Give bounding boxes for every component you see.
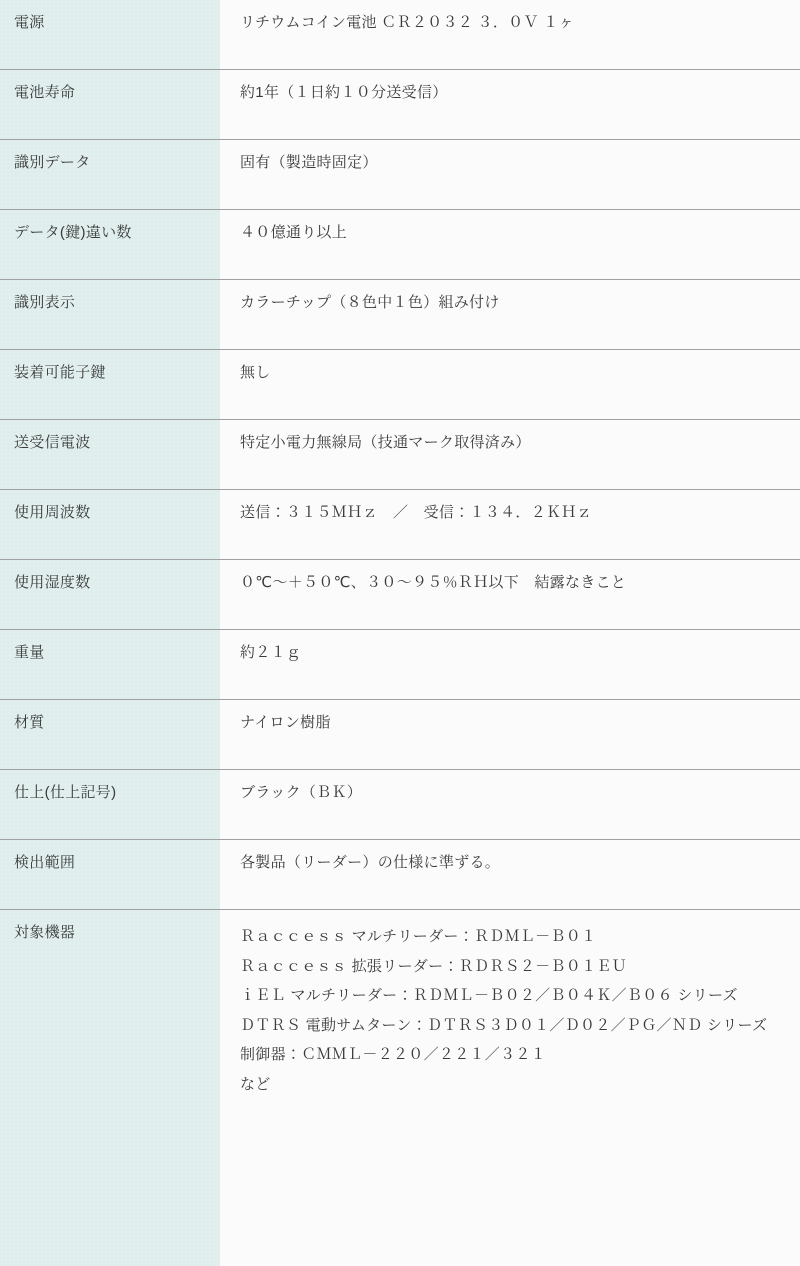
spec-value: 約1年（１日約１０分送受信） xyxy=(220,70,800,139)
spec-row-frequency: 使用周波数 送信：３１５ＭＨｚ ／ 受信：１３４．２ＫＨｚ xyxy=(0,490,800,560)
spec-table: 電源 リチウムコイン電池 ＣＲ２０３２ ３．０Ｖ １ヶ 電池寿命 約1年（１日約… xyxy=(0,0,800,1266)
spec-value: 固有（製造時固定） xyxy=(220,140,800,209)
spec-value: ナイロン樹脂 xyxy=(220,700,800,769)
spec-row-battery-life: 電池寿命 約1年（１日約１０分送受信） xyxy=(0,70,800,140)
spec-label: データ(鍵)違い数 xyxy=(0,210,220,279)
spec-row-target-devices: 対象機器 Ｒａｃｃｅｓｓ マルチリーダー：ＲＤＭＬ－Ｂ０１ Ｒａｃｃｅｓｓ 拡張… xyxy=(0,910,800,1266)
spec-label: 仕上(仕上記号) xyxy=(0,770,220,839)
spec-row-id-data: 識別データ 固有（製造時固定） xyxy=(0,140,800,210)
spec-value: ブラック（ＢＫ） xyxy=(220,770,800,839)
spec-value: 無し xyxy=(220,350,800,419)
spec-row-humidity: 使用湿度数 ０℃～＋５０℃、３０～９５％ＲＨ以下 結露なきこと xyxy=(0,560,800,630)
spec-value: 特定小電力無線局（技通マーク取得済み） xyxy=(220,420,800,489)
spec-value-line: Ｒａｃｃｅｓｓ マルチリーダー：ＲＤＭＬ－Ｂ０１ xyxy=(240,922,778,952)
spec-label: 使用湿度数 xyxy=(0,560,220,629)
spec-value-line: Ｒａｃｃｅｓｓ 拡張リーダー：ＲＤＲＳ２－Ｂ０１ＥＵ xyxy=(240,952,778,982)
spec-label: 識別データ xyxy=(0,140,220,209)
spec-row-detection-range: 検出範囲 各製品（リーダー）の仕様に準ずる。 xyxy=(0,840,800,910)
spec-value-multiline: Ｒａｃｃｅｓｓ マルチリーダー：ＲＤＭＬ－Ｂ０１ Ｒａｃｃｅｓｓ 拡張リーダー：… xyxy=(220,910,800,1266)
spec-label: 電池寿命 xyxy=(0,70,220,139)
spec-row-finish: 仕上(仕上記号) ブラック（ＢＫ） xyxy=(0,770,800,840)
spec-value-line: 制御器：ＣＭＭＬ－２２０／２２１／３２１ xyxy=(240,1040,778,1070)
spec-label: 使用周波数 xyxy=(0,490,220,559)
spec-label: 重量 xyxy=(0,630,220,699)
spec-label: 識別表示 xyxy=(0,280,220,349)
spec-row-key-combinations: データ(鍵)違い数 ４０億通り以上 xyxy=(0,210,800,280)
spec-row-attachable-subkey: 装着可能子鍵 無し xyxy=(0,350,800,420)
spec-row-power: 電源 リチウムコイン電池 ＣＲ２０３２ ３．０Ｖ １ヶ xyxy=(0,0,800,70)
spec-value: ４０億通り以上 xyxy=(220,210,800,279)
spec-label: 材質 xyxy=(0,700,220,769)
spec-value: 各製品（リーダー）の仕様に準ずる。 xyxy=(220,840,800,909)
spec-row-radio-wave: 送受信電波 特定小電力無線局（技通マーク取得済み） xyxy=(0,420,800,490)
spec-row-material: 材質 ナイロン樹脂 xyxy=(0,700,800,770)
spec-label: 対象機器 xyxy=(0,910,220,1266)
spec-value-line: ｉＥＬ マルチリーダー：ＲＤＭＬ－Ｂ０２／Ｂ０４Ｋ／Ｂ０６ シリーズ xyxy=(240,981,778,1011)
spec-row-id-display: 識別表示 カラーチップ（８色中１色）組み付け xyxy=(0,280,800,350)
spec-value-line: など xyxy=(240,1070,778,1100)
spec-value: カラーチップ（８色中１色）組み付け xyxy=(220,280,800,349)
spec-value-line: ＤＴＲＳ 電動サムターン：ＤＴＲＳ３Ｄ０１／Ｄ０２／ＰＧ／ＮＤ シリーズ xyxy=(240,1011,778,1041)
spec-label: 電源 xyxy=(0,0,220,69)
spec-value: ０℃～＋５０℃、３０～９５％ＲＨ以下 結露なきこと xyxy=(220,560,800,629)
spec-label: 送受信電波 xyxy=(0,420,220,489)
spec-row-weight: 重量 約２１ｇ xyxy=(0,630,800,700)
spec-value: 約２１ｇ xyxy=(220,630,800,699)
spec-label: 検出範囲 xyxy=(0,840,220,909)
spec-label: 装着可能子鍵 xyxy=(0,350,220,419)
spec-value: 送信：３１５ＭＨｚ ／ 受信：１３４．２ＫＨｚ xyxy=(220,490,800,559)
spec-value: リチウムコイン電池 ＣＲ２０３２ ３．０Ｖ １ヶ xyxy=(220,0,800,69)
